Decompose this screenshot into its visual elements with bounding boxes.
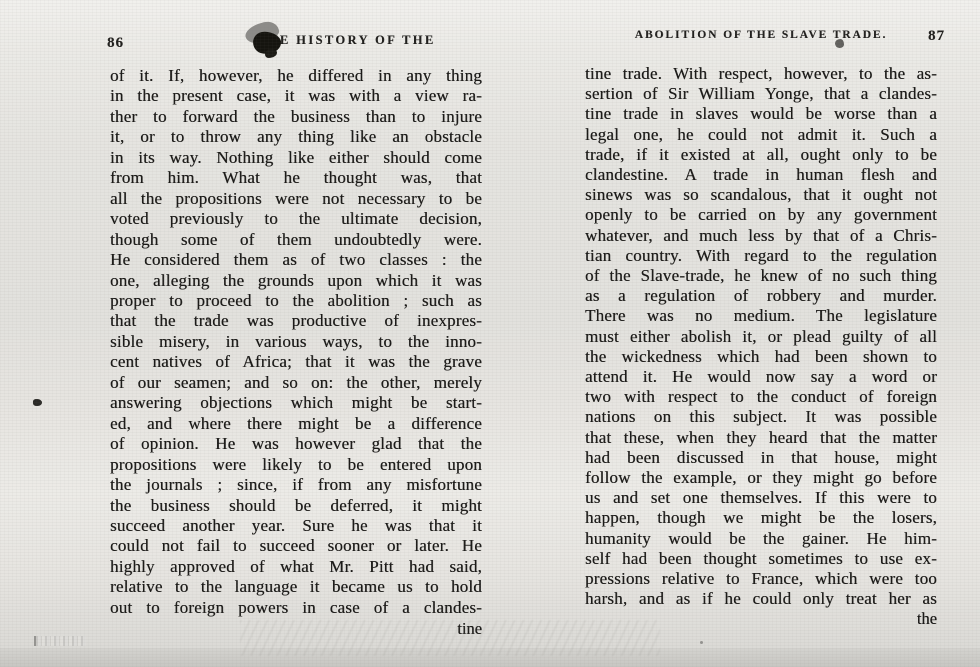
text-line: had been discussed in that house, might — [585, 448, 937, 468]
text-line: of opinion. He was however glad that the — [110, 434, 482, 454]
text-line: in its way. Nothing like either should c… — [110, 148, 482, 168]
scan-artifact-streak — [34, 636, 86, 646]
left-catchword: tine — [110, 619, 482, 639]
text-line: tian country. With regard to the regulat… — [585, 246, 937, 266]
text-line: of the Slave-trade, he knew of no such t… — [585, 266, 937, 286]
text-line: it, or to throw any thing like an obstac… — [110, 127, 482, 147]
text-line: pressions relative to France, which were… — [585, 569, 937, 589]
text-line: self had been thought sometimes to use e… — [585, 549, 937, 569]
text-line: harsh, and as if he could only treat her… — [585, 589, 937, 609]
text-line: could not fail to succeed sooner or late… — [110, 536, 482, 556]
text-line: answering objections which might be star… — [110, 393, 482, 413]
text-line: out to foreign powers in case of a cland… — [110, 598, 482, 618]
text-line: propositions were likely to be entered u… — [110, 455, 482, 475]
text-line: voted previously to the ultimate decisio… — [110, 209, 482, 229]
text-line: openly to be carried on by any governmen… — [585, 205, 937, 225]
text-line: cent natives of Africa; that it was the … — [110, 352, 482, 372]
ink-blot-tail — [265, 49, 277, 58]
text-line: in the present case, it was with a view … — [110, 86, 482, 106]
text-line: There was no medium. The legislature — [585, 306, 937, 326]
book-spread: 86 THE HISTORY OF THE of it. If, however… — [0, 0, 980, 667]
text-line: clandestine. A trade in human flesh and — [585, 165, 937, 185]
text-line: nations on this subject. It was possible — [585, 407, 937, 427]
text-line: succeed another year. Sure he was that i… — [110, 516, 482, 536]
text-line: one, alleging the grounds upon which it … — [110, 271, 482, 291]
ink-speck — [700, 641, 703, 644]
text-line: legal one, he could not admit it. Such a — [585, 125, 937, 145]
text-line: sertion of Sir William Yonge, that a cla… — [585, 84, 937, 104]
text-line: tine trade. With respect, however, to th… — [585, 64, 937, 84]
text-line: ther to forward the business than to inj… — [110, 107, 482, 127]
text-line: though some of them undoubtedly were. — [110, 230, 482, 250]
left-running-header: THE HISTORY OF THE — [257, 33, 436, 48]
right-page-number: 87 — [928, 28, 945, 45]
text-line: proper to proceed to the abolition ; suc… — [110, 291, 482, 311]
text-line: us and set one themselves. If this were … — [585, 488, 937, 508]
right-page-body-text: tine trade. With respect, however, to th… — [585, 64, 937, 609]
text-line: attend it. He would now say a word or — [585, 367, 937, 387]
text-line: humanity would be the gainer. He him- — [585, 529, 937, 549]
text-line: ed, and where there might be a differenc… — [110, 414, 482, 434]
text-line: He considered them as of two classes : t… — [110, 250, 482, 270]
text-line: happen, though we might be the losers, — [585, 508, 937, 528]
text-line: follow the example, or they might go bef… — [585, 468, 937, 488]
text-line: must either abolish it, or plead guilty … — [585, 327, 937, 347]
text-line: sinews was so scandalous, that it ought … — [585, 185, 937, 205]
text-line: of our seamen; and so on: the other, mer… — [110, 373, 482, 393]
text-line: trade, if it existed at all, ought only … — [585, 145, 937, 165]
left-page-number: 86 — [107, 35, 124, 52]
text-line: the wickedness which had been shown to — [585, 347, 937, 367]
text-line: that these, when they heard that the mat… — [585, 428, 937, 448]
text-line: tine trade in slaves would be worse than… — [585, 104, 937, 124]
text-line: sible misery, in various ways, to the in… — [110, 332, 482, 352]
scan-edge-shadow — [0, 648, 980, 667]
text-line: that the trade was productive of inexpre… — [110, 311, 482, 331]
text-line: the business should be deferred, it migh… — [110, 496, 482, 516]
text-line: of it. If, however, he differed in any t… — [110, 66, 482, 86]
text-line: highly approved of what Mr. Pitt had sai… — [110, 557, 482, 577]
ink-speck — [33, 399, 42, 406]
text-line: from him. What he thought was, that — [110, 168, 482, 188]
text-line: relative to the language it became us to… — [110, 577, 482, 597]
text-line: the journals ; since, if from any misfor… — [110, 475, 482, 495]
text-line: as a regulation of robbery and murder. — [585, 286, 937, 306]
left-page-body-text: of it. If, however, he differed in any t… — [110, 66, 482, 618]
right-catchword: the — [585, 609, 937, 629]
right-running-header: ABOLITION OF THE SLAVE TRADE. — [585, 29, 937, 41]
text-line: two with respect to the conduct of forei… — [585, 387, 937, 407]
text-line: whatever, and much less by that of a Chr… — [585, 226, 937, 246]
text-line: all the propositions were not necessary … — [110, 189, 482, 209]
